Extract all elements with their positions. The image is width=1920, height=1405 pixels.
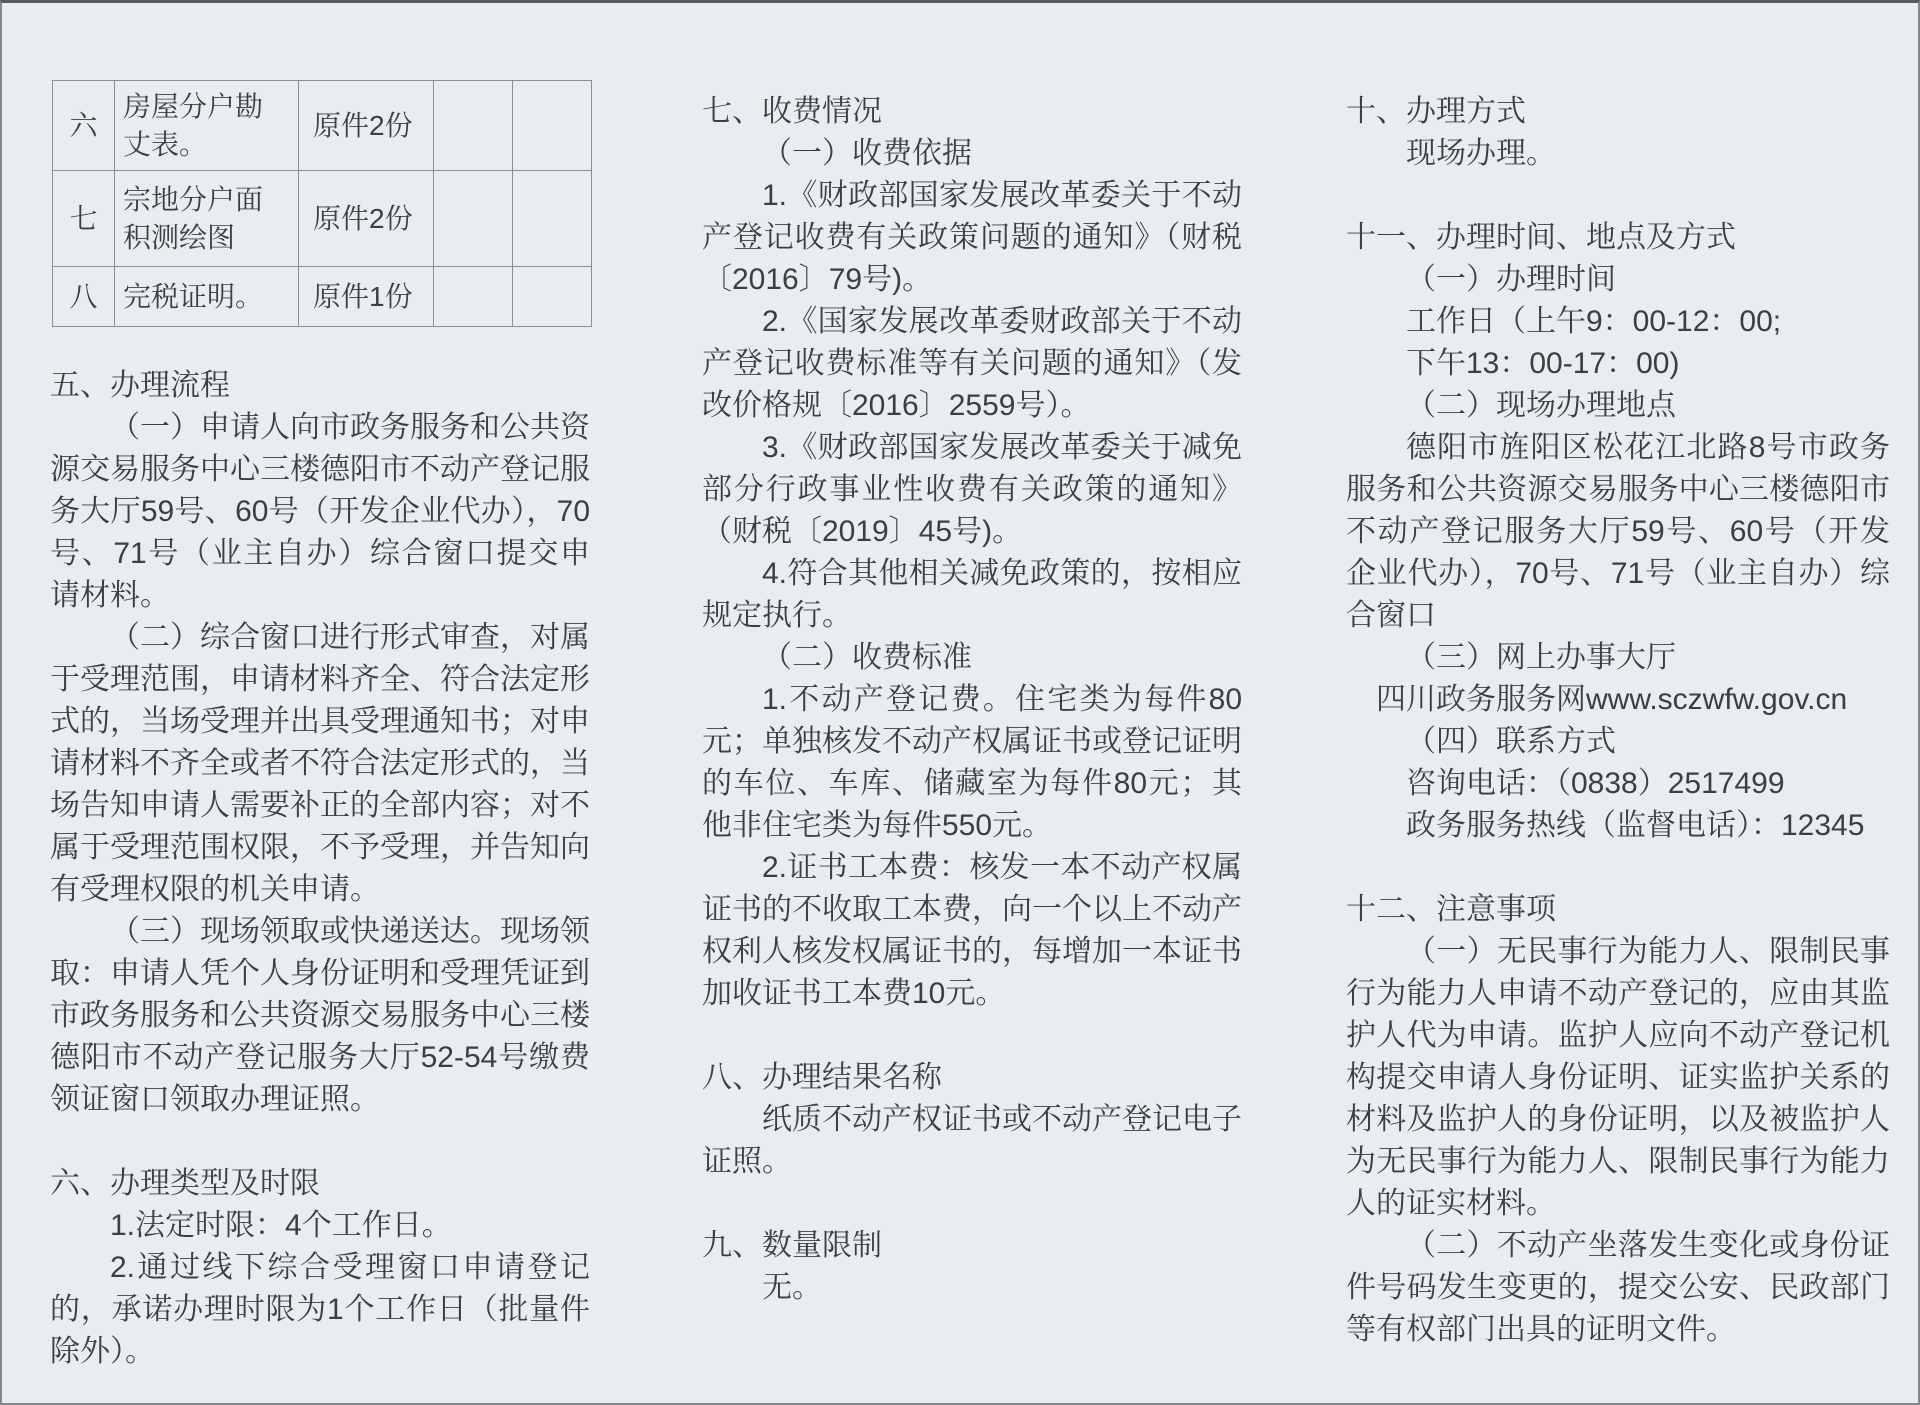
paragraph: 2.《国家发展改革委财政部关于不动产登记收费标准等有关问题的通知》（发改价格规〔… bbox=[702, 301, 1242, 427]
paragraph: 纸质不动产权证书或不动产登记电子证照。 bbox=[702, 1099, 1242, 1183]
section-process: 五、办理流程 （一）申请人向市政务服务和公共资源交易服务中心三楼德阳市不动产登记… bbox=[50, 365, 590, 1121]
section-quantity-limit: 九、数量限制 无。 bbox=[702, 1225, 1242, 1309]
material-copies: 原件2份 bbox=[299, 81, 434, 171]
subsection-title: （二）收费标准 bbox=[702, 637, 1242, 679]
hotline-line: 政务服务热线（监督电话）：12345 bbox=[1346, 805, 1890, 847]
section-title: 八、办理结果名称 bbox=[702, 1057, 1242, 1099]
section-method: 十、办理方式 现场办理。 bbox=[1346, 91, 1890, 175]
table-cell-empty bbox=[434, 81, 513, 171]
section-type-timelimit: 六、办理类型及时限 1.法定时限：4个工作日。 2.通过线下综合受理窗口申请登记… bbox=[50, 1163, 590, 1373]
paragraph: 2.通过线下综合受理窗口申请登记的，承诺办理时限为1个工作日（批量件除外）。 bbox=[50, 1247, 590, 1373]
paragraph: 2.证书工本费：核发一本不动产权属证书的不收取工本费，向一个以上不动产权利人核发… bbox=[702, 847, 1242, 1015]
section-title: 十、办理方式 bbox=[1346, 91, 1890, 133]
material-name: 宗地分户面积测绘图 bbox=[115, 171, 299, 267]
middle-column: 七、收费情况 （一）收费依据 1.《财政部国家发展改革委关于不动产登记收费有关政… bbox=[702, 91, 1242, 1309]
section-result-name: 八、办理结果名称 纸质不动产权证书或不动产登记电子证照。 bbox=[702, 1057, 1242, 1183]
paragraph: 下午13：00-17：00) bbox=[1346, 343, 1890, 385]
leaflet-page: 六 房屋分户勘丈表。 原件2份 七 宗地分户面积测绘图 原件2份 八 完税证明。 bbox=[0, 0, 1920, 1405]
material-copies: 原件1份 bbox=[299, 267, 434, 327]
section-title: 十一、办理时间、地点及方式 bbox=[1346, 217, 1890, 259]
section-title: 六、办理类型及时限 bbox=[50, 1163, 590, 1205]
paragraph: 3.《财政部国家发展改革委关于减免部分行政事业性收费有关政策的通知》（财税〔20… bbox=[702, 427, 1242, 553]
paragraph: 现场办理。 bbox=[1346, 133, 1890, 175]
table-cell-empty bbox=[513, 171, 592, 267]
section-notes: 十二、注意事项 （一）无民事行为能力人、限制民事行为能力人申请不动产登记的，应由… bbox=[1346, 889, 1890, 1351]
table-cell-empty bbox=[434, 171, 513, 267]
subsection-title: （一）办理时间 bbox=[1346, 259, 1890, 301]
section-title: 九、数量限制 bbox=[702, 1225, 1242, 1267]
table-cell-empty bbox=[434, 267, 513, 327]
left-column: 六 房屋分户勘丈表。 原件2份 七 宗地分户面积测绘图 原件2份 八 完税证明。 bbox=[50, 80, 590, 1373]
right-column: 十、办理方式 现场办理。 十一、办理时间、地点及方式 （一）办理时间 工作日（上… bbox=[1346, 91, 1890, 1351]
section-title: 七、收费情况 bbox=[702, 91, 1242, 133]
paragraph: （二）不动产坐落发生变化或身份证件号码发生变更的，提交公安、民政部门等有权部门出… bbox=[1346, 1225, 1890, 1351]
table-cell-empty bbox=[513, 81, 592, 171]
paragraph: 1.法定时限：4个工作日。 bbox=[50, 1205, 590, 1247]
subsection-title: （四）联系方式 bbox=[1346, 721, 1890, 763]
subsection-title: （二）现场办理地点 bbox=[1346, 385, 1890, 427]
table-row: 七 宗地分户面积测绘图 原件2份 bbox=[53, 171, 592, 267]
phone-line: 咨询电话：（0838）2517499 bbox=[1346, 763, 1890, 805]
row-number: 七 bbox=[53, 171, 115, 267]
paragraph: （三）现场领取或快递送达。现场领取：申请人凭个人身份证明和受理凭证到市政务服务和… bbox=[50, 911, 590, 1121]
row-number: 八 bbox=[53, 267, 115, 327]
paragraph: 1.不动产登记费。住宅类为每件80元；单独核发不动产权属证书或登记证明的车位、车… bbox=[702, 679, 1242, 847]
row-number: 六 bbox=[53, 81, 115, 171]
website-line: 四川政务服务网www.sczwfw.gov.cn bbox=[1346, 679, 1890, 721]
table-cell-empty bbox=[513, 267, 592, 327]
material-copies: 原件2份 bbox=[299, 171, 434, 267]
section-title: 十二、注意事项 bbox=[1346, 889, 1890, 931]
material-name: 完税证明。 bbox=[115, 267, 299, 327]
paragraph: 德阳市旌阳区松花江北路8号市政务服务和公共资源交易服务中心三楼德阳市不动产登记服… bbox=[1346, 427, 1890, 637]
materials-table: 六 房屋分户勘丈表。 原件2份 七 宗地分户面积测绘图 原件2份 八 完税证明。 bbox=[52, 80, 592, 327]
paragraph: 工作日（上午9：00-12：00; bbox=[1346, 301, 1890, 343]
paragraph: （一）无民事行为能力人、限制民事行为能力人申请不动产登记的，应由其监护人代为申请… bbox=[1346, 931, 1890, 1225]
material-name: 房屋分户勘丈表。 bbox=[115, 81, 299, 171]
subsection-title: （三）网上办事大厅 bbox=[1346, 637, 1890, 679]
table-row: 八 完税证明。 原件1份 bbox=[53, 267, 592, 327]
paragraph: （一）申请人向市政务服务和公共资源交易服务中心三楼德阳市不动产登记服务大厅59号… bbox=[50, 407, 590, 617]
subsection-title: （一）收费依据 bbox=[702, 133, 1242, 175]
section-fees: 七、收费情况 （一）收费依据 1.《财政部国家发展改革委关于不动产登记收费有关政… bbox=[702, 91, 1242, 1015]
section-title: 五、办理流程 bbox=[50, 365, 590, 407]
paragraph: 4.符合其他相关减免政策的，按相应规定执行。 bbox=[702, 553, 1242, 637]
paragraph: （二）综合窗口进行形式审查，对属于受理范围，申请材料齐全、符合法定形式的，当场受… bbox=[50, 617, 590, 911]
paragraph: 1.《财政部国家发展改革委关于不动产登记收费有关政策问题的通知》（财税〔2016… bbox=[702, 175, 1242, 301]
paragraph: 无。 bbox=[702, 1267, 1242, 1309]
section-time-place: 十一、办理时间、地点及方式 （一）办理时间 工作日（上午9：00-12：00; … bbox=[1346, 217, 1890, 847]
table-row: 六 房屋分户勘丈表。 原件2份 bbox=[53, 81, 592, 171]
